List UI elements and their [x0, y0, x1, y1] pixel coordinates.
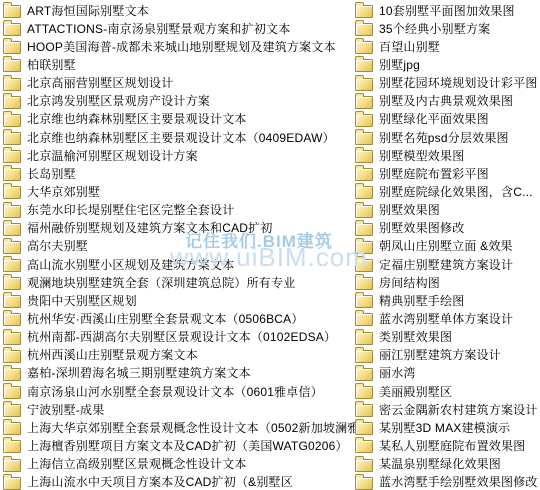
- file-row[interactable]: 某别墅3D MAX建模演示: [355, 418, 538, 436]
- folder-name-label[interactable]: 美丽殿别墅区: [379, 383, 452, 400]
- folder-icon: [3, 205, 21, 218]
- file-row[interactable]: 杭州南都-西湖高尔夫别墅区景观设计文本（0102EDSA）: [3, 328, 372, 346]
- file-row[interactable]: 南京汤泉山河水别墅全套景观设计文本（0601雅卓信）: [3, 382, 372, 400]
- folder-name-label[interactable]: 北京维也纳森林别墅区主要景观设计文本（0409EDAW）: [27, 129, 335, 146]
- file-row[interactable]: 北京维也纳森林别墅区主要景观设计文本: [3, 110, 372, 128]
- folder-icon: [355, 313, 373, 326]
- file-row[interactable]: 高尔夫别墅: [3, 237, 372, 255]
- file-row[interactable]: 别墅jpg: [355, 55, 538, 73]
- folder-icon: [3, 41, 21, 54]
- folder-name-label[interactable]: 精典别墅手绘图: [379, 292, 464, 309]
- folder-name-label[interactable]: 类别墅效果图: [379, 328, 452, 345]
- folder-name-label[interactable]: 贵阳中天别墅区规划: [27, 292, 137, 309]
- folder-name-label[interactable]: 朝凤山庄别墅立面 &效果: [379, 237, 513, 254]
- folder-icon: [3, 332, 21, 345]
- folder-name-label[interactable]: 别墅效果图: [379, 201, 440, 218]
- folder-icon: [355, 368, 373, 381]
- folder-name-label[interactable]: 某温泉别墅绿化效果图: [379, 455, 501, 472]
- folder-icon: [355, 114, 373, 127]
- folder-name-label[interactable]: 上海山流水中天项目方案本及CAD扩初（&别墅区: [27, 473, 293, 490]
- file-row[interactable]: 房间结构图: [355, 273, 538, 291]
- folder-name-label[interactable]: 上海檀香别墅项目方案文本及CAD扩初（美国WATG0206）: [27, 437, 348, 454]
- file-row[interactable]: 贵阳中天别墅区规划: [3, 291, 372, 309]
- folder-icon: [355, 350, 373, 363]
- file-row[interactable]: 高山流水别墅小区规划及建筑方案文本: [3, 255, 372, 273]
- folder-name-label[interactable]: 别墅jpg: [379, 56, 420, 73]
- file-row[interactable]: 别墅及内古典景观效果图: [355, 92, 538, 110]
- folder-name-label[interactable]: 上海大华京郊别墅全套景观概念性设计文本（0502新加坡澜雅）: [27, 419, 372, 436]
- folder-icon: [3, 295, 21, 308]
- file-row[interactable]: 福州融侨别墅规划及建筑方案文本和CAD扩初: [3, 219, 372, 237]
- file-row[interactable]: ART海恒国际别墅文本: [3, 1, 372, 19]
- folder-name-label[interactable]: 别墅花园环境规划设计彩平图: [379, 74, 538, 91]
- folder-icon: [3, 477, 21, 490]
- folder-icon: [355, 259, 373, 272]
- file-row[interactable]: 别墅效果图修改: [355, 219, 538, 237]
- file-row[interactable]: 北京高丽营别墅区规划设计: [3, 74, 372, 92]
- file-row[interactable]: 上海山流水中天项目方案本及CAD扩初（&别墅区: [3, 473, 372, 490]
- file-row[interactable]: 某温泉别墅绿化效果图: [355, 455, 538, 473]
- file-row[interactable]: 百望山别墅: [355, 37, 538, 55]
- folder-name-label[interactable]: 别墅庭院绿化效果图，含C...: [379, 183, 533, 200]
- file-row[interactable]: 宁波别墅-成果: [3, 400, 372, 418]
- folder-name-label[interactable]: 杭州华安·西溪山庄别墅全套景观文本（0506BCA）: [27, 310, 304, 327]
- folder-icon: [355, 404, 373, 417]
- file-row[interactable]: 北京鸿发别墅区景观房产设计方案: [3, 92, 372, 110]
- file-row[interactable]: 别墅效果图: [355, 201, 538, 219]
- folder-icon: [3, 78, 21, 91]
- folder-name-label[interactable]: 某私人别墅庭院布置效果图: [379, 437, 525, 454]
- folder-icon: [3, 132, 21, 145]
- file-row[interactable]: 别墅庭院绿化效果图，含C...: [355, 182, 538, 200]
- folder-icon: [3, 313, 21, 326]
- folder-icon: [355, 440, 373, 453]
- file-row[interactable]: 别墅绿化平面效果图: [355, 110, 538, 128]
- folder-icon: [3, 5, 21, 18]
- file-row[interactable]: 杭州西溪山庄别墅景观方案文本: [3, 346, 372, 364]
- folder-icon: [3, 59, 21, 72]
- folder-name-label[interactable]: HOOP美国海普-成都未来城山地别墅规划及建筑方案文本: [27, 38, 336, 55]
- file-row[interactable]: ATTACTIONS-南京汤泉别墅景观方案和扩初文本: [3, 19, 372, 37]
- folder-icon: [355, 459, 373, 472]
- file-row[interactable]: 上海檀香别墅项目方案文本及CAD扩初（美国WATG0206）: [3, 436, 372, 454]
- file-row[interactable]: 定福庄别墅建筑方案设计: [355, 255, 538, 273]
- folder-icon: [3, 223, 21, 236]
- folder-icon: [3, 23, 21, 36]
- folder-icon: [355, 277, 373, 290]
- folder-name-label[interactable]: 北京高丽营别墅区规划设计: [27, 74, 173, 91]
- folder-name-label[interactable]: 北京温榆河别墅区规划设计方案: [27, 147, 198, 164]
- folder-name-label[interactable]: 别墅效果图修改: [379, 219, 464, 236]
- folder-icon: [3, 422, 21, 435]
- folder-name-label[interactable]: 高山流水别墅小区规划及建筑方案文本: [27, 256, 234, 273]
- folder-list-right-column: 10套别墅平面图加效果图 35个经典小别墅方案 百望山别墅 别墅jpg 别墅花园…: [355, 1, 538, 490]
- folder-icon: [355, 41, 373, 54]
- folder-name-label[interactable]: 观澜地块别墅建筑全套（深圳建筑总院）所有专业: [27, 274, 295, 291]
- folder-icon: [355, 150, 373, 163]
- folder-name-label[interactable]: 丽江别墅建筑方案设计: [379, 346, 501, 363]
- folder-icon: [355, 205, 373, 218]
- file-row[interactable]: 北京温榆河别墅区规划设计方案: [3, 146, 372, 164]
- folder-icon: [355, 386, 373, 399]
- folder-name-label[interactable]: 北京维也纳森林别墅区主要景观设计文本: [27, 110, 247, 127]
- file-row[interactable]: 35个经典小别墅方案: [355, 19, 538, 37]
- file-row[interactable]: 别墅庭院布置彩平图: [355, 164, 538, 182]
- file-row[interactable]: 大华京郊别墅: [3, 182, 372, 200]
- file-row[interactable]: 杭州华安·西溪山庄别墅全套景观文本（0506BCA）: [3, 309, 372, 327]
- folder-icon: [355, 477, 373, 490]
- folder-icon: [355, 23, 373, 36]
- folder-name-label[interactable]: 别墅名苑psd分层效果图: [379, 129, 509, 146]
- folder-icon: [355, 96, 373, 109]
- folder-icon: [3, 368, 21, 381]
- folder-icon: [3, 186, 21, 199]
- folder-icon: [355, 132, 373, 145]
- file-row[interactable]: 东莞水印长堤别墅住宅区完整全套设计: [3, 201, 372, 219]
- folder-name-label[interactable]: 东莞水印长堤别墅住宅区完整全套设计: [27, 201, 234, 218]
- folder-name-label[interactable]: 上海信立高级别墅区景观概念性设计文本: [27, 455, 247, 472]
- file-row[interactable]: 蓝水湾别墅单体方案设计: [355, 309, 538, 327]
- folder-icon: [355, 422, 373, 435]
- folder-name-label[interactable]: ATTACTIONS-南京汤泉别墅景观方案和扩初文本: [27, 20, 290, 37]
- folder-icon: [355, 295, 373, 308]
- folder-icon: [355, 168, 373, 181]
- file-row[interactable]: 上海大华京郊别墅全套景观概念性设计文本（0502新加坡澜雅）: [3, 418, 372, 436]
- file-row[interactable]: 精典别墅手绘图: [355, 291, 538, 309]
- file-row[interactable]: 观澜地块别墅建筑全套（深圳建筑总院）所有专业: [3, 273, 372, 291]
- folder-name-label[interactable]: 杭州南都-西湖高尔夫别墅区景观设计文本（0102EDSA）: [27, 328, 336, 345]
- folder-name-label[interactable]: 蓝水湾别墅单体方案设计: [379, 310, 513, 327]
- folder-icon: [3, 440, 21, 453]
- folder-icon: [3, 259, 21, 272]
- folder-name-label[interactable]: 别墅及内古典景观效果图: [379, 92, 513, 109]
- folder-name-label[interactable]: 南京汤泉山河水别墅全套景观设计文本（0601雅卓信）: [27, 383, 323, 400]
- folder-icon: [355, 186, 373, 199]
- folder-name-label[interactable]: 柏联别墅: [27, 56, 76, 73]
- folder-name-label[interactable]: ART海恒国际别墅文本: [27, 2, 149, 19]
- folder-name-label[interactable]: 35个经典小别墅方案: [379, 20, 490, 37]
- file-row[interactable]: HOOP美国海普-成都未来城山地别墅规划及建筑方案文本: [3, 37, 372, 55]
- folder-icon: [3, 114, 21, 127]
- folder-name-label[interactable]: 福州融侨别墅规划及建筑方案文本和CAD扩初: [27, 219, 273, 236]
- folder-name-label[interactable]: 某别墅3D MAX建模演示: [379, 419, 510, 436]
- file-row[interactable]: 别墅模型效果图: [355, 146, 538, 164]
- folder-icon: [3, 459, 21, 472]
- folder-icon: [3, 386, 21, 399]
- folder-icon: [3, 404, 21, 417]
- file-row[interactable]: 蓝水湾墅手绘别墅效果图修改: [355, 473, 538, 490]
- folder-name-label[interactable]: 嘉柏-深圳碧海名城三期别墅建筑方案文本: [27, 364, 251, 381]
- file-row[interactable]: 密云金隅新农村建筑方案设计: [355, 400, 538, 418]
- folder-icon: [355, 78, 373, 91]
- file-row[interactable]: 上海信立高级别墅区景观概念性设计文本: [3, 455, 372, 473]
- folder-name-label[interactable]: 密云金隅新农村建筑方案设计: [379, 401, 538, 418]
- file-row[interactable]: 丽水湾: [355, 364, 538, 382]
- folder-icon: [3, 168, 21, 181]
- folder-icon: [3, 150, 21, 163]
- folder-name-label[interactable]: 丽水湾: [379, 364, 416, 381]
- folder-name-label[interactable]: 别墅绿化平面效果图: [379, 110, 489, 127]
- file-row[interactable]: 别墅名苑psd分层效果图: [355, 128, 538, 146]
- folder-name-label[interactable]: 10套别墅平面图加效果图: [379, 2, 515, 19]
- folder-icon: [3, 277, 21, 290]
- folder-icon: [355, 5, 373, 18]
- folder-icon: [355, 59, 373, 72]
- folder-icon: [3, 241, 21, 254]
- folder-icon: [355, 332, 373, 345]
- file-row[interactable]: 长岛别墅: [3, 164, 372, 182]
- file-row[interactable]: 10套别墅平面图加效果图: [355, 1, 538, 19]
- folder-icon: [3, 350, 21, 363]
- folder-name-label[interactable]: 百望山别墅: [379, 38, 440, 55]
- folder-name-label[interactable]: 宁波别墅-成果: [27, 401, 104, 418]
- folder-name-label[interactable]: 别墅庭院布置彩平图: [379, 165, 489, 182]
- file-row[interactable]: 美丽殿别墅区: [355, 382, 538, 400]
- folder-icon: [355, 223, 373, 236]
- folder-name-label[interactable]: 别墅模型效果图: [379, 147, 464, 164]
- folder-icon: [3, 96, 21, 109]
- file-row[interactable]: 丽江别墅建筑方案设计: [355, 346, 538, 364]
- folder-list-left-column: ART海恒国际别墅文本 ATTACTIONS-南京汤泉别墅景观方案和扩初文本 H…: [3, 1, 372, 490]
- file-row[interactable]: 别墅花园环境规划设计彩平图: [355, 74, 538, 92]
- folder-name-label[interactable]: 大华京郊别墅: [27, 183, 100, 200]
- file-row[interactable]: 嘉柏-深圳碧海名城三期别墅建筑方案文本: [3, 364, 372, 382]
- file-row[interactable]: 北京维也纳森林别墅区主要景观设计文本（0409EDAW）: [3, 128, 372, 146]
- folder-name-label[interactable]: 房间结构图: [379, 274, 440, 291]
- file-row[interactable]: 某私人别墅庭院布置效果图: [355, 436, 538, 454]
- file-row[interactable]: 类别墅效果图: [355, 328, 538, 346]
- folder-name-label[interactable]: 北京鸿发别墅区景观房产设计方案: [27, 92, 210, 109]
- folder-name-label[interactable]: 蓝水湾墅手绘别墅效果图修改: [379, 473, 538, 490]
- folder-name-label[interactable]: 高尔夫别墅: [27, 237, 88, 254]
- folder-name-label[interactable]: 长岛别墅: [27, 165, 76, 182]
- folder-name-label[interactable]: 定福庄别墅建筑方案设计: [379, 256, 513, 273]
- folder-icon: [355, 241, 373, 254]
- file-row[interactable]: 朝凤山庄别墅立面 &效果: [355, 237, 538, 255]
- file-row[interactable]: 柏联别墅: [3, 55, 372, 73]
- folder-name-label[interactable]: 杭州西溪山庄别墅景观方案文本: [27, 346, 198, 363]
